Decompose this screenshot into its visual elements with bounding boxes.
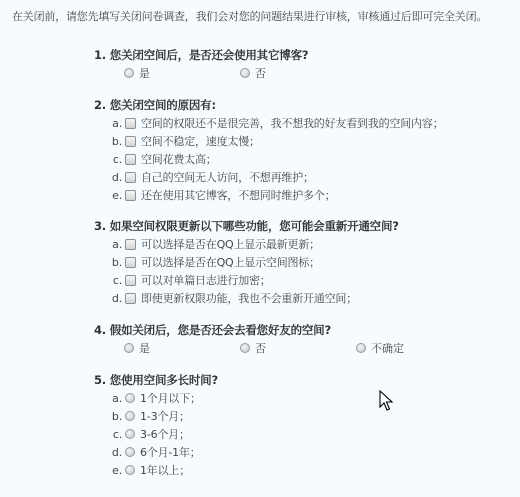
q2-option-c[interactable]: c. 空间花费太高； [94, 150, 443, 168]
option-letter: a. [108, 392, 122, 405]
question-4-title: 4. 假如关闭后，您是否还会去看您好友的空间? [94, 321, 331, 339]
question-5: 5. 您使用空间多长时间? a. 1个月以下； b. 1-3个月； c. 3-6… [94, 371, 218, 479]
option-letter: d. [108, 446, 122, 459]
question-3-title: 3. 如果空间权限更新以下哪些功能，您可能会重新开通空间? [94, 217, 399, 235]
option-label: 空间花费太高； [141, 151, 217, 167]
option-letter: c. [108, 428, 122, 441]
question-3: 3. 如果空间权限更新以下哪些功能，您可能会重新开通空间? a. 可以选择是否在… [94, 217, 399, 307]
question-5-title: 5. 您使用空间多长时间? [94, 371, 218, 389]
checkbox-icon[interactable] [125, 154, 136, 165]
option-letter: b. [108, 256, 122, 269]
checkbox-icon[interactable] [125, 136, 136, 147]
option-label: 自己的空间无人访问，不想再维护； [141, 169, 314, 185]
checkbox-icon[interactable] [125, 275, 136, 286]
radio-icon[interactable] [124, 343, 134, 353]
checkbox-icon[interactable] [125, 293, 136, 304]
option-label: 空间的权限还不是很完善，我不想我的好友看到我的空间内容； [141, 115, 443, 131]
radio-icon[interactable] [240, 68, 250, 78]
option-letter: b. [108, 135, 122, 148]
option-letter: c. [108, 274, 122, 287]
checkbox-icon[interactable] [125, 239, 136, 250]
q1-option-no[interactable]: 否 [240, 64, 266, 82]
option-label: 是 [139, 340, 150, 356]
q3-option-a[interactable]: a. 可以选择是否在QQ上显示最新更新； [94, 235, 399, 253]
option-label: 即使更新权限功能，我也不会重新开通空间； [141, 290, 357, 306]
option-letter: d. [108, 292, 122, 305]
mouse-cursor-icon [379, 390, 393, 412]
option-label: 1年以上； [140, 462, 190, 478]
checkbox-icon[interactable] [125, 118, 136, 129]
radio-icon[interactable] [125, 393, 135, 403]
q5-option-b[interactable]: b. 1-3个月； [94, 407, 218, 425]
option-label: 1个月以下； [140, 390, 201, 406]
question-1-options: 是 否 [94, 64, 308, 82]
radio-icon[interactable] [240, 343, 250, 353]
radio-icon[interactable] [125, 465, 135, 475]
option-label: 可以对单篇日志进行加密； [141, 272, 271, 288]
q2-option-e[interactable]: e. 还在使用其它博客，不想同时维护多个； [94, 186, 443, 204]
option-label: 可以选择是否在QQ上显示空间图标； [141, 254, 320, 270]
option-label: 否 [255, 65, 266, 81]
option-label: 3-6个月； [140, 426, 190, 442]
option-label: 1-3个月； [140, 408, 190, 424]
q5-option-c[interactable]: c. 3-6个月； [94, 425, 218, 443]
question-2-title: 2. 您关闭空间的原因有: [94, 96, 443, 114]
q5-option-e[interactable]: e. 1年以上； [94, 461, 218, 479]
option-label: 可以选择是否在QQ上显示最新更新； [141, 236, 320, 252]
option-letter: a. [108, 117, 122, 130]
option-label: 还在使用其它博客，不想同时维护多个； [141, 187, 335, 203]
radio-icon[interactable] [125, 447, 135, 457]
q1-option-yes[interactable]: 是 [124, 64, 150, 82]
question-2: 2. 您关闭空间的原因有: a. 空间的权限还不是很完善，我不想我的好友看到我的… [94, 96, 443, 204]
option-letter: e. [108, 464, 122, 477]
q5-option-a[interactable]: a. 1个月以下； [94, 389, 218, 407]
option-label: 是 [139, 65, 150, 81]
option-letter: b. [108, 410, 122, 423]
radio-icon[interactable] [125, 429, 135, 439]
checkbox-icon[interactable] [125, 190, 136, 201]
q2-option-d[interactable]: d. 自己的空间无人访问，不想再维护； [94, 168, 443, 186]
option-letter: d. [108, 171, 122, 184]
option-letter: e. [108, 189, 122, 202]
option-letter: a. [108, 238, 122, 251]
question-1: 1. 您关闭空间后，是否还会使用其它博客? 是 否 [94, 46, 308, 82]
radio-icon[interactable] [356, 343, 366, 353]
q3-option-b[interactable]: b. 可以选择是否在QQ上显示空间图标； [94, 253, 399, 271]
question-4: 4. 假如关闭后，您是否还会去看您好友的空间? 是 否 不确定 [94, 321, 331, 357]
option-label: 空间不稳定，速度太慢； [141, 133, 260, 149]
radio-icon[interactable] [124, 68, 134, 78]
close-survey-page: 在关闭前，请您先填写关闭问卷调查，我们会对您的问题结果进行审核，审核通过后即可完… [0, 0, 520, 497]
option-label: 6个月-1年； [140, 444, 201, 460]
q4-option-no[interactable]: 否 [240, 339, 266, 357]
checkbox-icon[interactable] [125, 172, 136, 183]
q3-option-c[interactable]: c. 可以对单篇日志进行加密； [94, 271, 399, 289]
question-4-options: 是 否 不确定 [94, 339, 331, 357]
q4-option-yes[interactable]: 是 [124, 339, 150, 357]
option-letter: c. [108, 153, 122, 166]
option-label: 否 [255, 340, 266, 356]
q2-option-b[interactable]: b. 空间不稳定，速度太慢； [94, 132, 443, 150]
option-label: 不确定 [371, 340, 404, 356]
intro-text: 在关闭前，请您先填写关闭问卷调查，我们会对您的问题结果进行审核，审核通过后即可完… [12, 8, 487, 24]
q5-option-d[interactable]: d. 6个月-1年； [94, 443, 218, 461]
q3-option-d[interactable]: d. 即使更新权限功能，我也不会重新开通空间； [94, 289, 399, 307]
q4-option-unsure[interactable]: 不确定 [356, 339, 404, 357]
checkbox-icon[interactable] [125, 257, 136, 268]
question-1-title: 1. 您关闭空间后，是否还会使用其它博客? [94, 46, 308, 64]
radio-icon[interactable] [125, 411, 135, 421]
q2-option-a[interactable]: a. 空间的权限还不是很完善，我不想我的好友看到我的空间内容； [94, 114, 443, 132]
